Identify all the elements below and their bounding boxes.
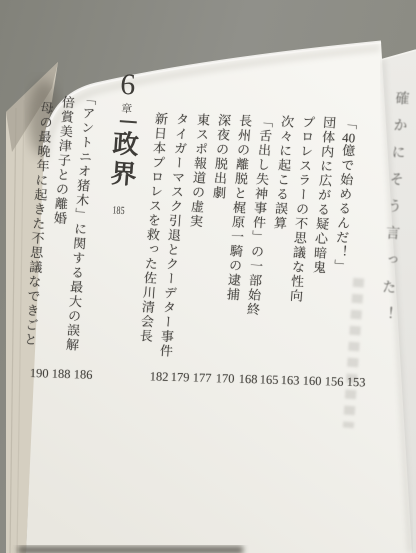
chapter-number: 6 xyxy=(110,69,145,101)
page-number: 190 xyxy=(30,366,49,382)
bottom-shadow xyxy=(18,546,243,553)
page-number: 156 xyxy=(324,374,343,390)
page-number: 160 xyxy=(302,374,321,390)
page-number: 165 xyxy=(259,372,278,388)
page-number: 179 xyxy=(171,370,190,386)
chapter-unit: 章 xyxy=(119,102,132,114)
page-number: 177 xyxy=(193,371,212,387)
chapter-title: 政界 xyxy=(106,129,139,191)
page-number: 168 xyxy=(238,372,257,388)
page-number: 182 xyxy=(150,369,169,385)
chapter-page-number: 185 xyxy=(112,204,125,216)
page-number: 153 xyxy=(346,375,365,391)
page-number: 186 xyxy=(74,367,93,383)
page-number: 188 xyxy=(52,367,71,383)
page-number: 170 xyxy=(216,371,235,387)
page-number: 163 xyxy=(280,373,299,389)
book-photo: 確かにそう言った！ 「40億で始めるんだ！」団体内に広がる疑心暗鬼プロレスラーの… xyxy=(0,0,416,553)
chapter-rule-line xyxy=(120,120,137,123)
